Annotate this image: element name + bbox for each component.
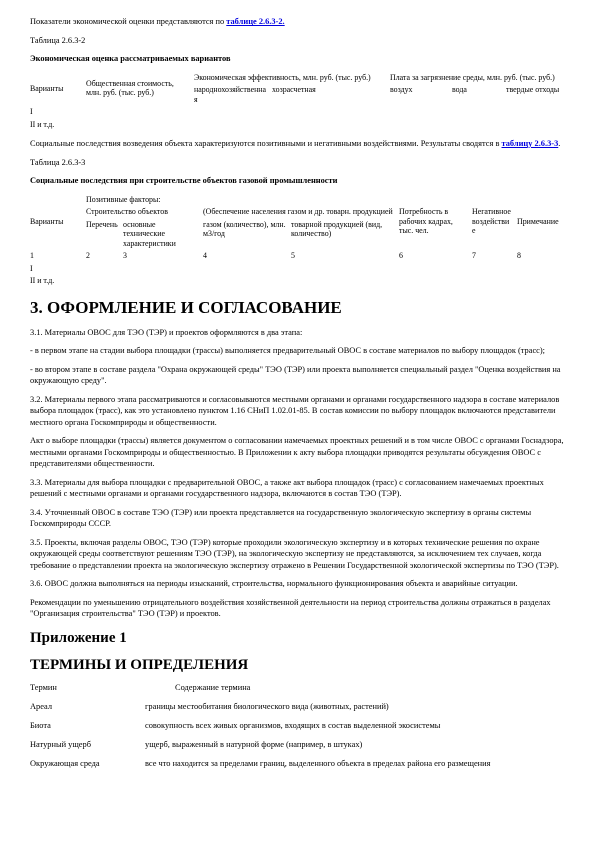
table-row: I bbox=[30, 106, 565, 119]
social-text: Социальные последствия возведения объект… bbox=[30, 139, 502, 148]
col-number: 5 bbox=[291, 250, 399, 263]
col-number: 7 bbox=[472, 250, 517, 263]
paragraph-3-3: 3.3. Материалы для выбора площадки с пре… bbox=[30, 477, 565, 500]
table2-th-construction: Строительство объектов bbox=[86, 206, 203, 219]
table1-th-cost: Общественная стоимость, млн. руб. (тыс. … bbox=[86, 72, 194, 107]
term-name: Окружающая среда bbox=[30, 758, 145, 777]
table1-th-water: вода bbox=[452, 84, 506, 106]
table-row: II и т.д. bbox=[30, 275, 565, 288]
table2-title: Социальные последствия при строительстве… bbox=[30, 175, 565, 187]
social-paragraph: Социальные последствия возведения объект… bbox=[30, 138, 565, 150]
table1-th-variants: Варианты bbox=[30, 72, 86, 107]
table1-label: Таблица 2.6.3-2 bbox=[30, 35, 565, 47]
social-text-after: . bbox=[558, 139, 560, 148]
col-number: 2 bbox=[86, 250, 123, 263]
social-consequences-table: Варианты Позитивные факторы: Негативное … bbox=[30, 194, 565, 288]
table2-row2-variant: II и т.д. bbox=[30, 275, 86, 288]
table2-row1-variant: I bbox=[30, 263, 86, 276]
table2-th-variants: Варианты bbox=[30, 194, 86, 251]
term-definition: совокупность всех живых организмов, вход… bbox=[145, 720, 565, 739]
paragraph-3-1: 3.1. Материалы ОВОС для ТЭО (ТЭР) и прое… bbox=[30, 327, 565, 339]
table2-number-row: 1 2 3 4 5 6 7 8 bbox=[30, 250, 565, 263]
col-number: 1 bbox=[30, 250, 86, 263]
table1-row1-variant: I bbox=[30, 106, 86, 119]
document-page: Показатели экономической оценки представ… bbox=[0, 0, 595, 842]
table-row: I bbox=[30, 263, 565, 276]
table2-th-goods: товарной продукцией (вид, количество) bbox=[291, 219, 399, 251]
table2-th-tech: основные технические характеристики bbox=[123, 219, 203, 251]
terms-header-row: Термин Содержание термина bbox=[30, 682, 565, 701]
table1-th-efficiency-selfsupporting: хозрасчетная bbox=[272, 84, 390, 106]
table2-th-gas: газом (количество), млн. м3/год bbox=[203, 219, 291, 251]
table1-th-solid-waste: твердые отходы bbox=[506, 84, 565, 106]
table1-row2-variant: II и т.д. bbox=[30, 119, 86, 132]
paragraph-3-2: 3.2. Материалы первого этапа рассматрива… bbox=[30, 394, 565, 429]
term-definition: границы местообитания биологического вид… bbox=[145, 701, 565, 720]
table2-label: Таблица 2.6.3-3 bbox=[30, 157, 565, 169]
table2-th-workforce: Потребность в рабочих кадрах, тыс. чел. bbox=[399, 206, 472, 250]
table1-th-payment: Плата за загрязнение среды, млн. руб. (т… bbox=[390, 72, 565, 85]
table1-th-air: воздух bbox=[390, 84, 452, 106]
terms-th-definition: Содержание термина bbox=[145, 682, 565, 701]
table-2633-link[interactable]: таблицу 2.6.3-3 bbox=[502, 139, 559, 148]
paragraph-stage-2: - во втором этапе в составе раздела "Охр… bbox=[30, 364, 565, 387]
term-definition: ущерб, выраженный в натурной форме (напр… bbox=[145, 739, 565, 758]
table2-header-row-1: Варианты Позитивные факторы: Негативное … bbox=[30, 194, 565, 207]
term-name: Ареал bbox=[30, 701, 145, 720]
paragraph-stage-1: - в первом этапе на стадии выбора площад… bbox=[30, 345, 565, 357]
list-item: Биота совокупность всех живых организмов… bbox=[30, 720, 565, 739]
term-definition: все что находится за пределами границ, в… bbox=[145, 758, 565, 777]
appendix1-title: Приложение 1 bbox=[30, 629, 565, 647]
col-number: 8 bbox=[517, 250, 565, 263]
col-number: 6 bbox=[399, 250, 472, 263]
paragraph-3-5: 3.5. Проекты, включая разделы ОВОС, ТЭО … bbox=[30, 537, 565, 572]
economic-evaluation-table: Варианты Общественная стоимость, млн. ру… bbox=[30, 72, 565, 132]
paragraph-3-6: 3.6. ОВОС должна выполняться на периоды … bbox=[30, 578, 565, 590]
table1-th-efficiency-national: народнохозяйственная bbox=[194, 84, 272, 106]
intro-paragraph: Показатели экономической оценки представ… bbox=[30, 16, 565, 28]
terms-table: Термин Содержание термина Ареал границы … bbox=[30, 682, 565, 777]
intro-text: Показатели экономической оценки представ… bbox=[30, 17, 226, 26]
table2-th-negative: Негативное воздействие bbox=[472, 194, 517, 251]
table2-th-supply: (Обеспечение населения газом и др. товар… bbox=[203, 206, 399, 219]
terms-th-term: Термин bbox=[30, 682, 145, 701]
section3-heading: 3. ОФОРМЛЕНИЕ И СОГЛАСОВАНИЕ bbox=[30, 298, 565, 318]
table1-title: Экономическая оценка рассматриваемых вар… bbox=[30, 53, 565, 65]
table2-th-list: Перечень bbox=[86, 219, 123, 251]
table-row: II и т.д. bbox=[30, 119, 565, 132]
table1-header-row-1: Варианты Общественная стоимость, млн. ру… bbox=[30, 72, 565, 85]
term-name: Натурный ущерб bbox=[30, 739, 145, 758]
table2-th-positive-factors: Позитивные факторы: bbox=[86, 194, 472, 207]
list-item: Ареал границы местообитания биологическо… bbox=[30, 701, 565, 720]
appendix1-subtitle: ТЕРМИНЫ И ОПРЕДЕЛЕНИЯ bbox=[30, 656, 565, 674]
table1-th-efficiency: Экономическая эффективность, млн. руб. (… bbox=[194, 72, 390, 85]
list-item: Окружающая среда все что находится за пр… bbox=[30, 758, 565, 777]
col-number: 4 bbox=[203, 250, 291, 263]
paragraph-act: Акт о выборе площадки (трассы) является … bbox=[30, 435, 565, 470]
table2-th-note: Примечание bbox=[517, 194, 565, 251]
term-name: Биота bbox=[30, 720, 145, 739]
table-2632-link[interactable]: таблице 2.6.3-2. bbox=[226, 17, 284, 26]
paragraph-recommendations: Рекомендации по уменьшению отрицательног… bbox=[30, 597, 565, 620]
col-number: 3 bbox=[123, 250, 203, 263]
paragraph-3-4: 3.4. Уточненный ОВОС в составе ТЭО (ТЭР)… bbox=[30, 507, 565, 530]
list-item: Натурный ущерб ущерб, выраженный в натур… bbox=[30, 739, 565, 758]
